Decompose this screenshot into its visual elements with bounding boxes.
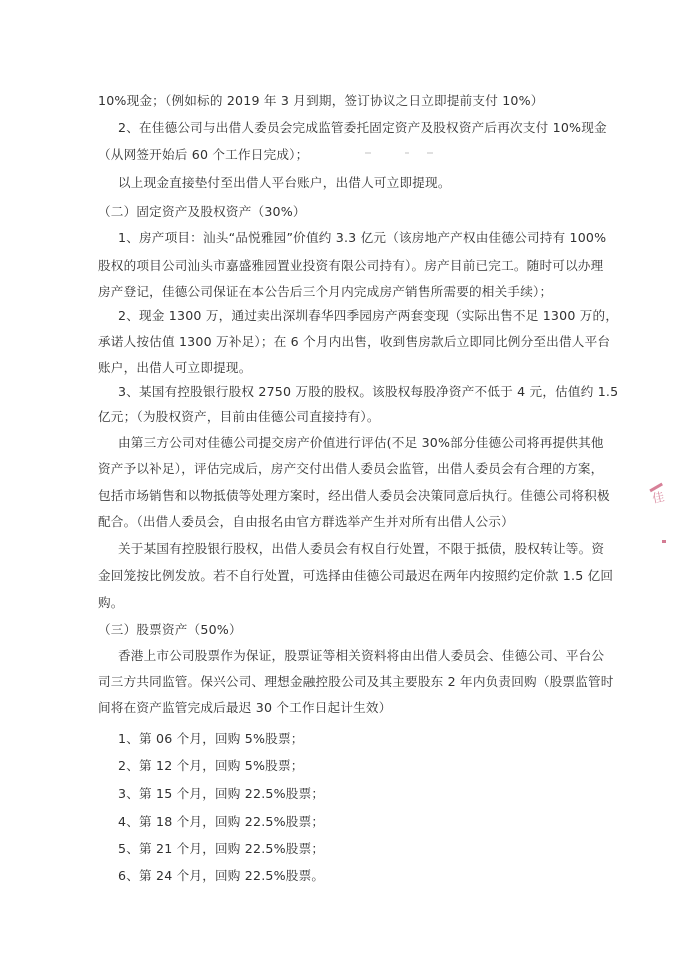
- section2-item1-line3: 房产登记，佳德公司保证在本公告后三个月内完成房产销售所需要的相关手续）；: [98, 284, 552, 300]
- evaluation-para-line1: 由第三方公司对佳德公司提交房产价值进行评估(不足 30%部分佳德公司将再提供其他: [118, 435, 604, 451]
- section2-item1-line1: 1、房产项目：汕头“品悦雅园”价值约 3.3 亿元（该房地产产权由佳德公司持有 …: [118, 230, 606, 246]
- buyback-item-4: 4、第 18 个月，回购 22.5%股票；: [118, 814, 324, 830]
- bank-equity-para-line1: 关于某国有控股银行股权，出借人委员会有权自行处置，不限于抵债，股权转让等。资: [118, 541, 604, 557]
- buyback-item-5: 5、第 21 个月，回购 22.5%股票；: [118, 841, 324, 857]
- bank-equity-para-line3: 购。: [98, 595, 124, 611]
- buyback-item-1: 1、第 06 个月，回购 5%股票；: [118, 731, 304, 747]
- section2-item3-line1: 3、某国有控股银行股权 2750 万股的股权。该股权每股净资产不低于 4 元，估…: [118, 384, 618, 400]
- section3-heading: （三）股票资产（50%）: [98, 622, 242, 638]
- document-page: 10%现金；（例如标的 2019 年 3 月到期，签订协议之日立即提前支付 10…: [0, 0, 677, 965]
- section2-item2-line1: 2、现金 1300 万，通过卖出深圳春华四季园房产两套变现（实际出售不足 130…: [118, 308, 618, 324]
- section3-intro-line2: 司三方共同监管。保兴公司、理想金融控股公司及其主要股东 2 年内负责回购（股票监…: [98, 674, 614, 690]
- red-seal-stamp-fragment: 佳: [647, 483, 677, 536]
- stamp-glyph: 佳: [651, 491, 665, 506]
- evaluation-para-line2: 资产予以补足），评估完成后，房产交付出借人委员会监管，出借人委员会有合理的方案，: [98, 461, 603, 477]
- section2-item2-line2: 承诺人按估值 1300 万补足）；在 6 个月内出售，收到售房款后立即同比例分至…: [98, 334, 610, 350]
- section3-intro-line3: 间将在资产监管完成后最迟 30 个工作日起计生效）: [98, 700, 392, 716]
- section2-item2-line3: 账户，出借人可立即提现。: [98, 360, 252, 376]
- buyback-item-2: 2、第 12 个月，回购 5%股票；: [118, 758, 304, 774]
- section1-note: 以上现金直接垫付至出借人平台账户，出借人可立即提现。: [118, 175, 451, 191]
- section1-item2-line1: 2、在佳德公司与出借人委员会完成监管委托固定资产及股权资产后再次支付 10%现金: [118, 120, 607, 136]
- section2-heading: （二）固定资产及股权资产（30%）: [98, 204, 306, 220]
- buyback-item-3: 3、第 15 个月，回购 22.5%股票；: [118, 786, 324, 802]
- faint-scan-marks: [365, 152, 435, 156]
- evaluation-para-line4: 配合。（出借人委员会，自由报名由官方群选举产生并对所有出借人公示）: [98, 514, 514, 530]
- stamp-mark: [662, 540, 666, 543]
- section1-line-cash-10pct: 10%现金；（例如标的 2019 年 3 月到期，签订协议之日立即提前支付 10…: [98, 93, 544, 109]
- bank-equity-para-line2: 金回笼按比例发放。若不自行处置，可选择由佳德公司最迟在两年内按照约定价款 1.5…: [98, 568, 613, 584]
- section2-item1-line2: 股权的项目公司汕头市嘉盛雅园置业投资有限公司持有）。房产目前已完工。随时可以办理: [98, 258, 603, 274]
- evaluation-para-line3: 包括市场销售和以物抵债等处理方案时，经出借人委员会决策同意后执行。佳德公司将积极: [98, 488, 610, 504]
- section3-intro-line1: 香港上市公司股票作为保证，股票证等相关资料将由出借人委员会、佳德公司、平台公: [118, 648, 604, 664]
- section1-item2-line2: （从网签开始后 60 个工作日完成）；: [98, 147, 308, 163]
- section2-item3-line2: 亿元；（为股权资产，目前由佳德公司直接持有）。: [98, 409, 380, 425]
- buyback-item-6: 6、第 24 个月，回购 22.5%股票。: [118, 868, 324, 884]
